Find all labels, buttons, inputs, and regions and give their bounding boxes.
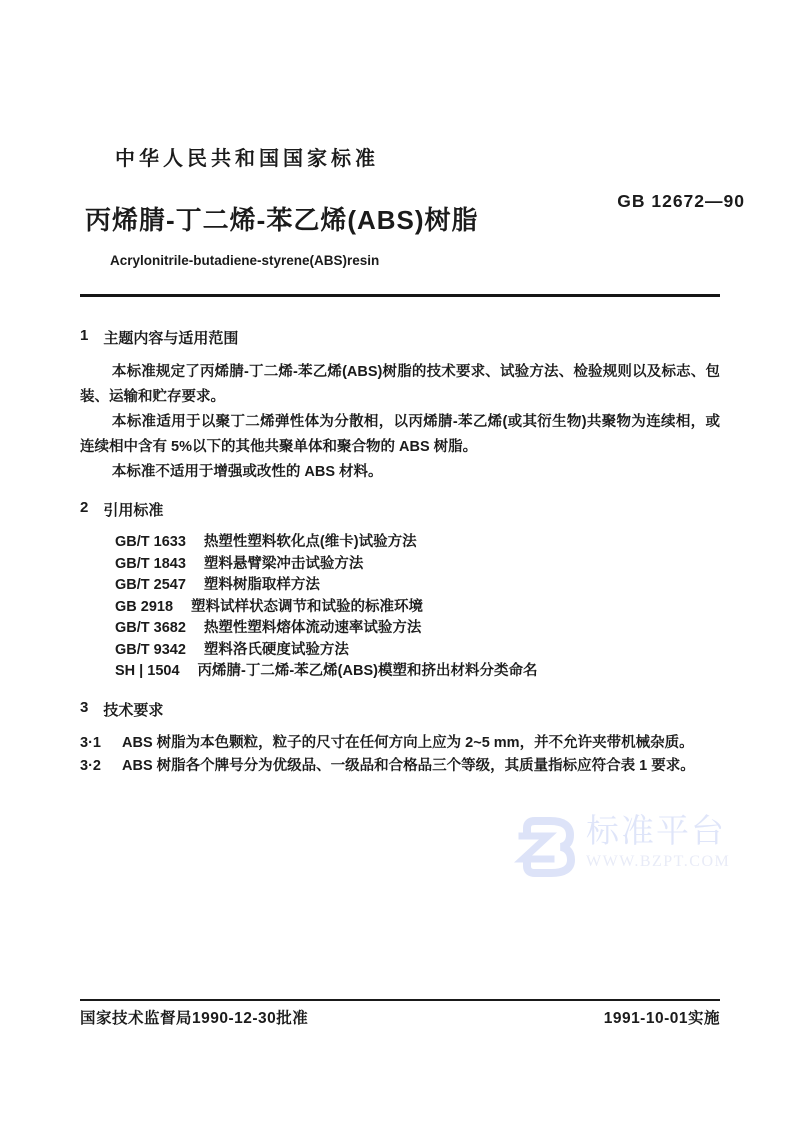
reference-code: GB/T 3682 xyxy=(115,620,186,636)
reference-code: GB/T 2547 xyxy=(115,577,186,593)
header-rule xyxy=(80,294,720,297)
section-3-heading: 3 技术要求 xyxy=(80,699,720,720)
reference-item: GB 2918塑料试样状态调节和试验的标准环境 xyxy=(115,597,720,619)
clause-row: 3·1 ABS 树脂为本色颗粒，粒子的尺寸在任何方向上应为 2~5 mm，并不允… xyxy=(80,732,720,755)
reference-code: GB/T 1843 xyxy=(115,556,186,572)
reference-title: 热塑性塑料软化点(维卡)试验方法 xyxy=(204,534,417,550)
watermark-url: WWW.BZPT.COM xyxy=(586,853,730,871)
section-2-number: 2 xyxy=(80,499,88,520)
reference-title: 丙烯腈-丁二烯-苯乙烯(ABS)模塑和挤出材料分类命名 xyxy=(198,663,538,679)
watermark: 标准平台 WWW.BZPT.COM xyxy=(514,812,730,887)
document-title-cn: 丙烯腈-丁二烯-苯乙烯(ABS)树脂 xyxy=(85,200,479,237)
reference-item: GB/T 9342塑料洛氏硬度试验方法 xyxy=(115,640,720,662)
clause-text: ABS 树脂为本色颗粒，粒子的尺寸在任何方向上应为 2~5 mm，并不允许夹带机… xyxy=(122,732,720,755)
footer-approval: 国家技术监督局1990-12-30批准 xyxy=(80,1006,308,1028)
reference-title: 塑料洛氏硬度试验方法 xyxy=(204,642,349,658)
document-body: 1 主题内容与适用范围 本标准规定了丙烯腈-丁二烯-苯乙烯(ABS)树脂的技术要… xyxy=(0,327,800,778)
document-title-en: Acrylonitrile-butadiene-styrene(ABS)resi… xyxy=(110,253,800,268)
clause-text: ABS 树脂各个牌号分为优级品、一级品和合格品三个等级，其质量指标应符合表 1 … xyxy=(122,755,720,778)
reference-code: GB/T 9342 xyxy=(115,642,186,658)
clause-row: 3·2 ABS 树脂各个牌号分为优级品、一级品和合格品三个等级，其质量指标应符合… xyxy=(80,755,720,778)
watermark-name: 标准平台 xyxy=(586,812,730,850)
bzpt-logo-icon xyxy=(514,812,578,887)
watermark-texts: 标准平台 WWW.BZPT.COM xyxy=(586,812,730,871)
standard-number: GB 12672—90 xyxy=(617,191,745,212)
reference-code: GB/T 1633 xyxy=(115,534,186,550)
section-1-heading: 1 主题内容与适用范围 xyxy=(80,327,720,348)
reference-item: GB/T 1633热塑性塑料软化点(维卡)试验方法 xyxy=(115,532,720,554)
reference-title: 塑料悬臂梁冲击试验方法 xyxy=(204,556,364,572)
clause-list: 3·1 ABS 树脂为本色颗粒，粒子的尺寸在任何方向上应为 2~5 mm，并不允… xyxy=(80,732,720,778)
section-1-paragraph: 本标准不适用于增强或改性的 ABS 材料。 xyxy=(80,460,720,485)
reference-item: GB/T 1843塑料悬臂梁冲击试验方法 xyxy=(115,554,720,576)
footer: 国家技术监督局1990-12-30批准 1991-10-01实施 xyxy=(80,1006,720,1028)
document-page: 中华人民共和国国家标准 丙烯腈-丁二烯-苯乙烯(ABS)树脂 GB 12672—… xyxy=(0,0,800,1125)
footer-implementation: 1991-10-01实施 xyxy=(604,1006,720,1028)
reference-list: GB/T 1633热塑性塑料软化点(维卡)试验方法 GB/T 1843塑料悬臂梁… xyxy=(115,532,720,683)
title-row: 丙烯腈-丁二烯-苯乙烯(ABS)树脂 GB 12672—90 xyxy=(85,200,745,237)
section-3-number: 3 xyxy=(80,699,88,720)
section-2-heading: 2 引用标准 xyxy=(80,499,720,520)
reference-title: 热塑性塑料熔体流动速率试验方法 xyxy=(204,620,422,636)
reference-item: GB/T 3682热塑性塑料熔体流动速率试验方法 xyxy=(115,618,720,640)
section-1-paragraph: 本标准规定了丙烯腈-丁二烯-苯乙烯(ABS)树脂的技术要求、试验方法、检验规则以… xyxy=(80,360,720,410)
section-2-title: 引用标准 xyxy=(103,499,163,520)
reference-code: GB 2918 xyxy=(115,599,173,615)
reference-item: GB/T 2547塑料树脂取样方法 xyxy=(115,575,720,597)
section-1-number: 1 xyxy=(80,327,88,348)
reference-title: 塑料树脂取样方法 xyxy=(204,577,320,593)
footer-rule xyxy=(80,999,720,1001)
section-1-title: 主题内容与适用范围 xyxy=(103,327,238,348)
title-block: 中华人民共和国国家标准 丙烯腈-丁二烯-苯乙烯(ABS)树脂 GB 12672—… xyxy=(0,0,800,297)
reference-code: SH | 1504 xyxy=(115,663,180,679)
reference-title: 塑料试样状态调节和试验的标准环境 xyxy=(191,599,423,615)
section-1-paragraph: 本标准适用于以聚丁二烯弹性体为分散相，以丙烯腈-苯乙烯(或其衍生物)共聚物为连续… xyxy=(80,410,720,460)
clause-number: 3·1 xyxy=(80,732,122,755)
reference-item: SH | 1504丙烯腈-丁二烯-苯乙烯(ABS)模塑和挤出材料分类命名 xyxy=(115,661,720,683)
clause-number: 3·2 xyxy=(80,755,122,778)
section-3-title: 技术要求 xyxy=(103,699,163,720)
authority-title: 中华人民共和国国家标准 xyxy=(115,142,800,171)
